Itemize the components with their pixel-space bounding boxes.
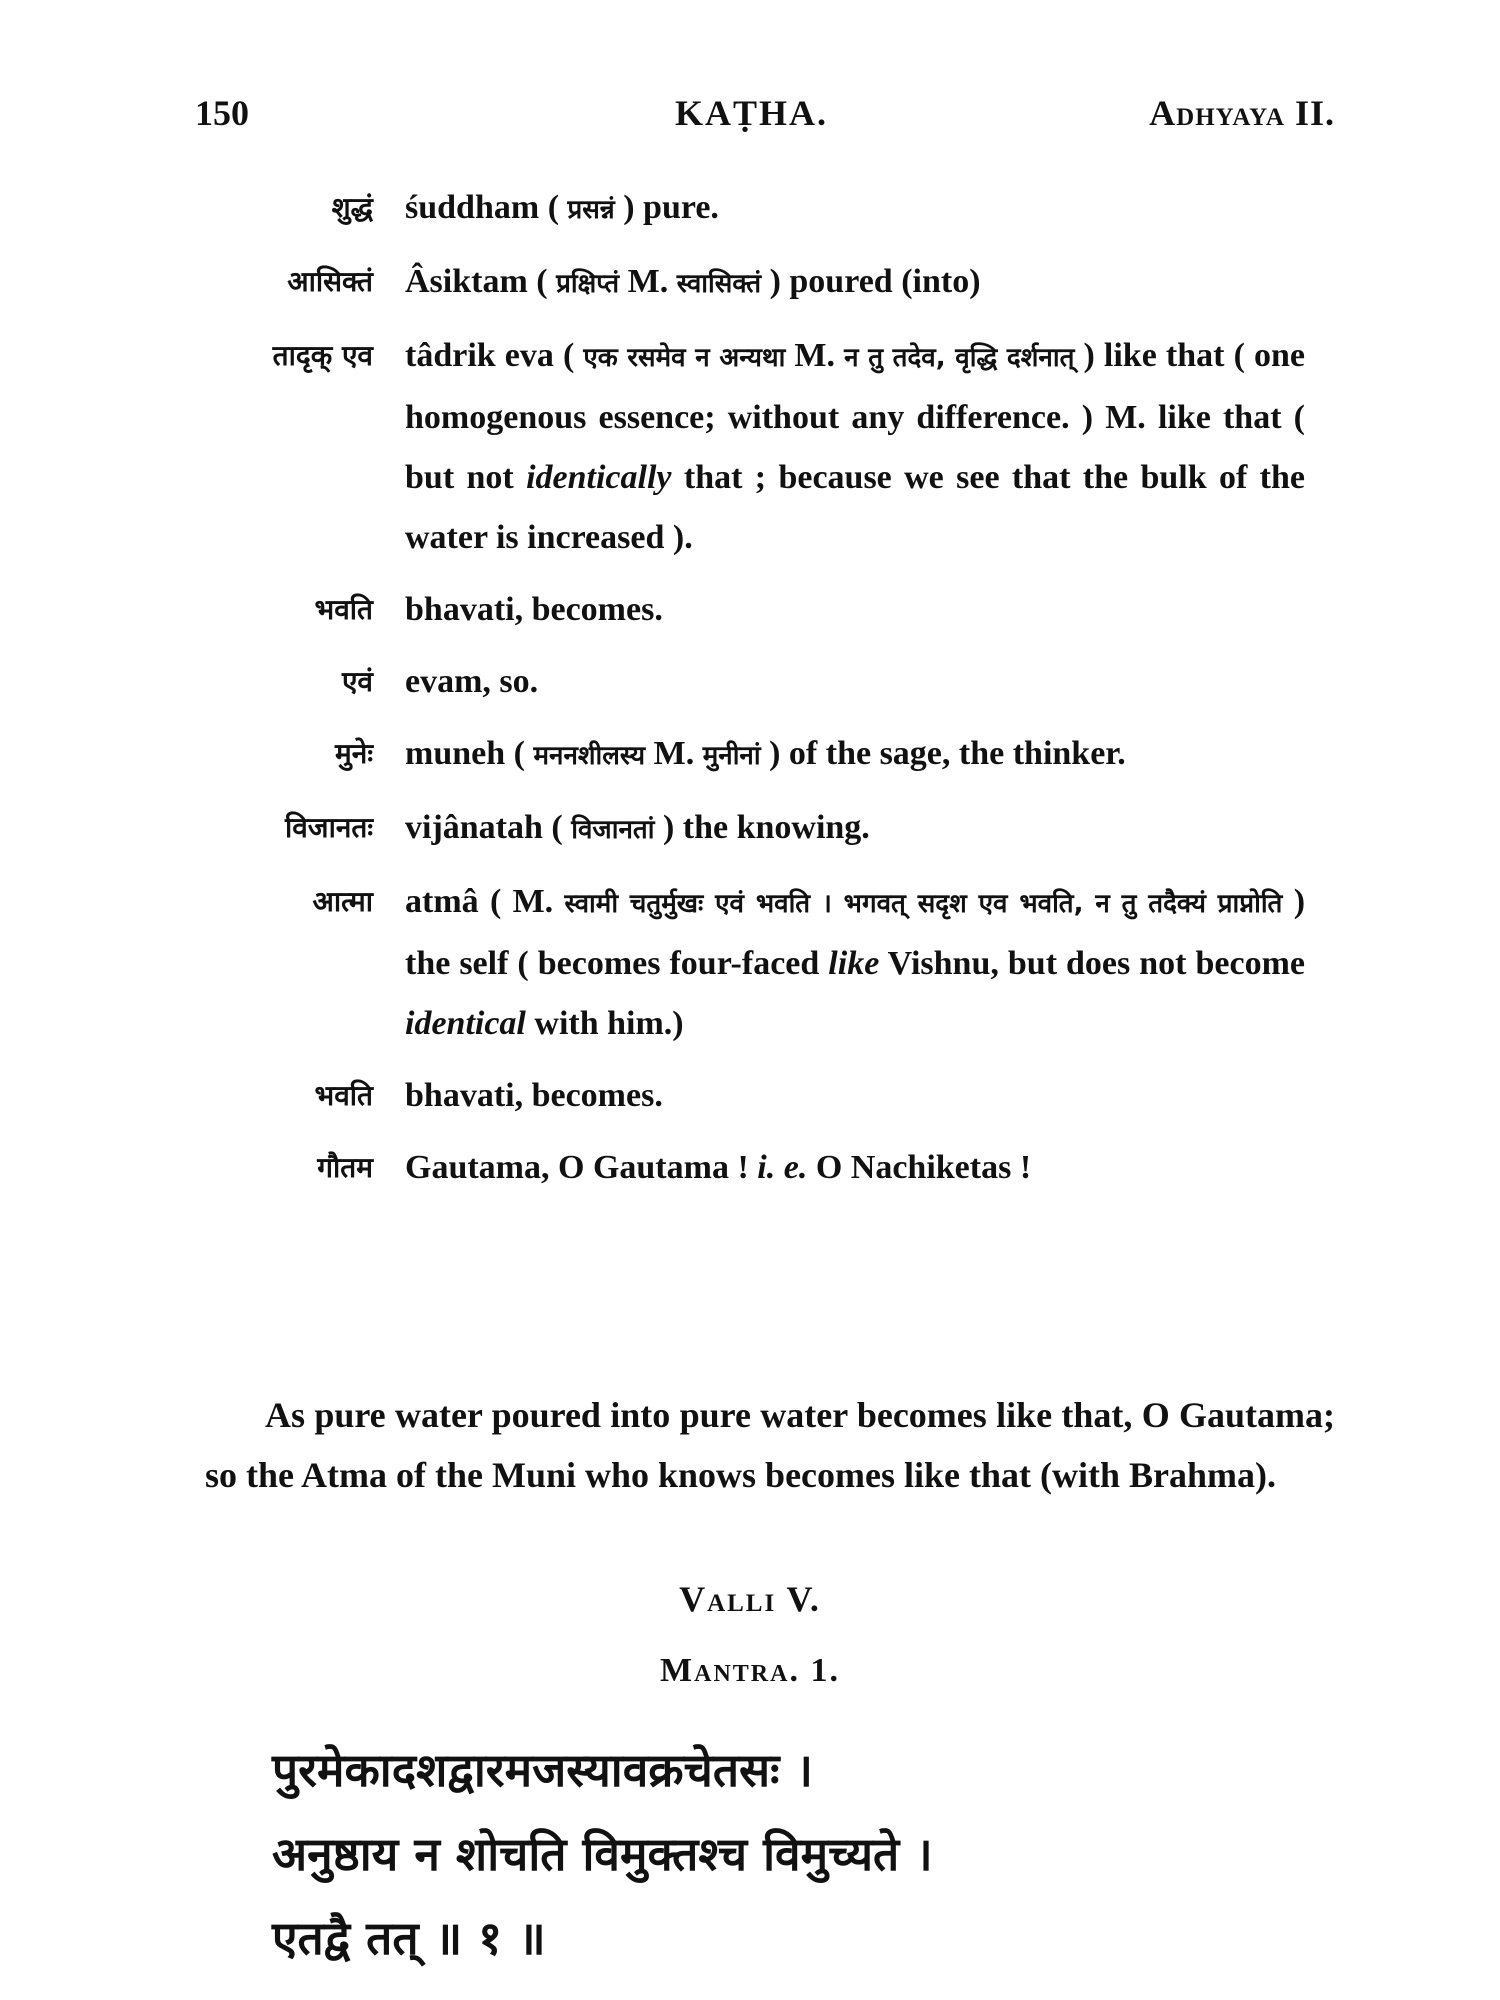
gloss-text: atmâ ( M. स्वामी चतुर्मुखः एवं भवति । भग… xyxy=(405,872,1305,1054)
gloss-entry: आसिक्तंÂsiktam ( प्रक्षिप्तं M. स्वासिक्… xyxy=(0,252,1500,314)
gloss-entry: भवतिbhavati, becomes. xyxy=(0,580,1500,640)
mantra-heading: Mantra. 1. xyxy=(0,1652,1500,1690)
verse-line: पुरमेकादशद्वारमजस्यावक्रचेतसः । xyxy=(272,1728,1272,1812)
gloss-text: bhavati, becomes. xyxy=(405,580,1305,640)
sanskrit-headword: शुद्धं xyxy=(0,178,405,238)
gloss-entry: विजानतःvijânatah ( विजानतां ) the knowin… xyxy=(0,798,1500,860)
section-label: Adhyaya II. xyxy=(1149,92,1335,134)
gloss-text: muneh ( मननशीलस्य M. मुनीनां ) of the sa… xyxy=(405,724,1305,786)
gloss-text: Âsiktam ( प्रक्षिप्तं M. स्वासिक्तं ) po… xyxy=(405,252,1305,314)
running-head: 150 KAṬHA. Adhyaya II. xyxy=(195,92,1335,142)
gloss-text: śuddham ( प्रसन्नं ) pure. xyxy=(405,178,1305,240)
book-page: 150 KAṬHA. Adhyaya II. शुद्धंśuddham ( प… xyxy=(0,0,1500,2000)
verse-line: अनुष्ठाय न शोचति विमुक्तश्च विमुच्यते । xyxy=(272,1812,1272,1896)
gloss-text: evam, so. xyxy=(405,652,1305,712)
sanskrit-headword: विजानतः xyxy=(0,798,405,858)
gloss-text: Gautama, O Gautama ! i. e. O Nachiketas … xyxy=(405,1138,1305,1198)
gloss-text: vijânatah ( विजानतां ) the knowing. xyxy=(405,798,1305,860)
sanskrit-headword: एवं xyxy=(0,652,405,712)
word-gloss-list: शुद्धंśuddham ( प्रसन्नं ) pure.आसिक्तंÂ… xyxy=(0,178,1500,1210)
gloss-text: tâdrik eva ( एक रसमेव न अन्यथा M. न तु त… xyxy=(405,326,1305,568)
gloss-entry: आत्माatmâ ( M. स्वामी चतुर्मुखः एवं भवति… xyxy=(0,872,1500,1054)
valli-heading: Valli V. xyxy=(0,1578,1500,1620)
sanskrit-headword: भवति xyxy=(0,580,405,640)
translation-paragraph: As pure water poured into pure water bec… xyxy=(205,1385,1335,1505)
gloss-entry: तादृक् एवtâdrik eva ( एक रसमेव न अन्यथा … xyxy=(0,326,1500,568)
gloss-entry: भवतिbhavati, becomes. xyxy=(0,1066,1500,1126)
sanskrit-headword: गौतम xyxy=(0,1138,405,1198)
gloss-text: bhavati, becomes. xyxy=(405,1066,1305,1126)
sanskrit-headword: आत्मा xyxy=(0,872,405,932)
sanskrit-headword: मुनेः xyxy=(0,724,405,784)
sanskrit-headword: तादृक् एव xyxy=(0,326,405,386)
sanskrit-verse: पुरमेकादशद्वारमजस्यावक्रचेतसः । अनुष्ठाय… xyxy=(272,1728,1272,1980)
verse-line: एतद्वै तत् ॥ १ ॥ xyxy=(272,1896,1272,1980)
gloss-entry: शुद्धंśuddham ( प्रसन्नं ) pure. xyxy=(0,178,1500,240)
gloss-entry: एवंevam, so. xyxy=(0,652,1500,712)
page-number: 150 xyxy=(195,92,249,134)
gloss-entry: मुनेःmuneh ( मननशीलस्य M. मुनीनां ) of t… xyxy=(0,724,1500,786)
sanskrit-headword: आसिक्तं xyxy=(0,252,405,312)
book-title: KAṬHA. xyxy=(675,92,828,134)
gloss-entry: गौतमGautama, O Gautama ! i. e. O Nachike… xyxy=(0,1138,1500,1198)
sanskrit-headword: भवति xyxy=(0,1066,405,1126)
